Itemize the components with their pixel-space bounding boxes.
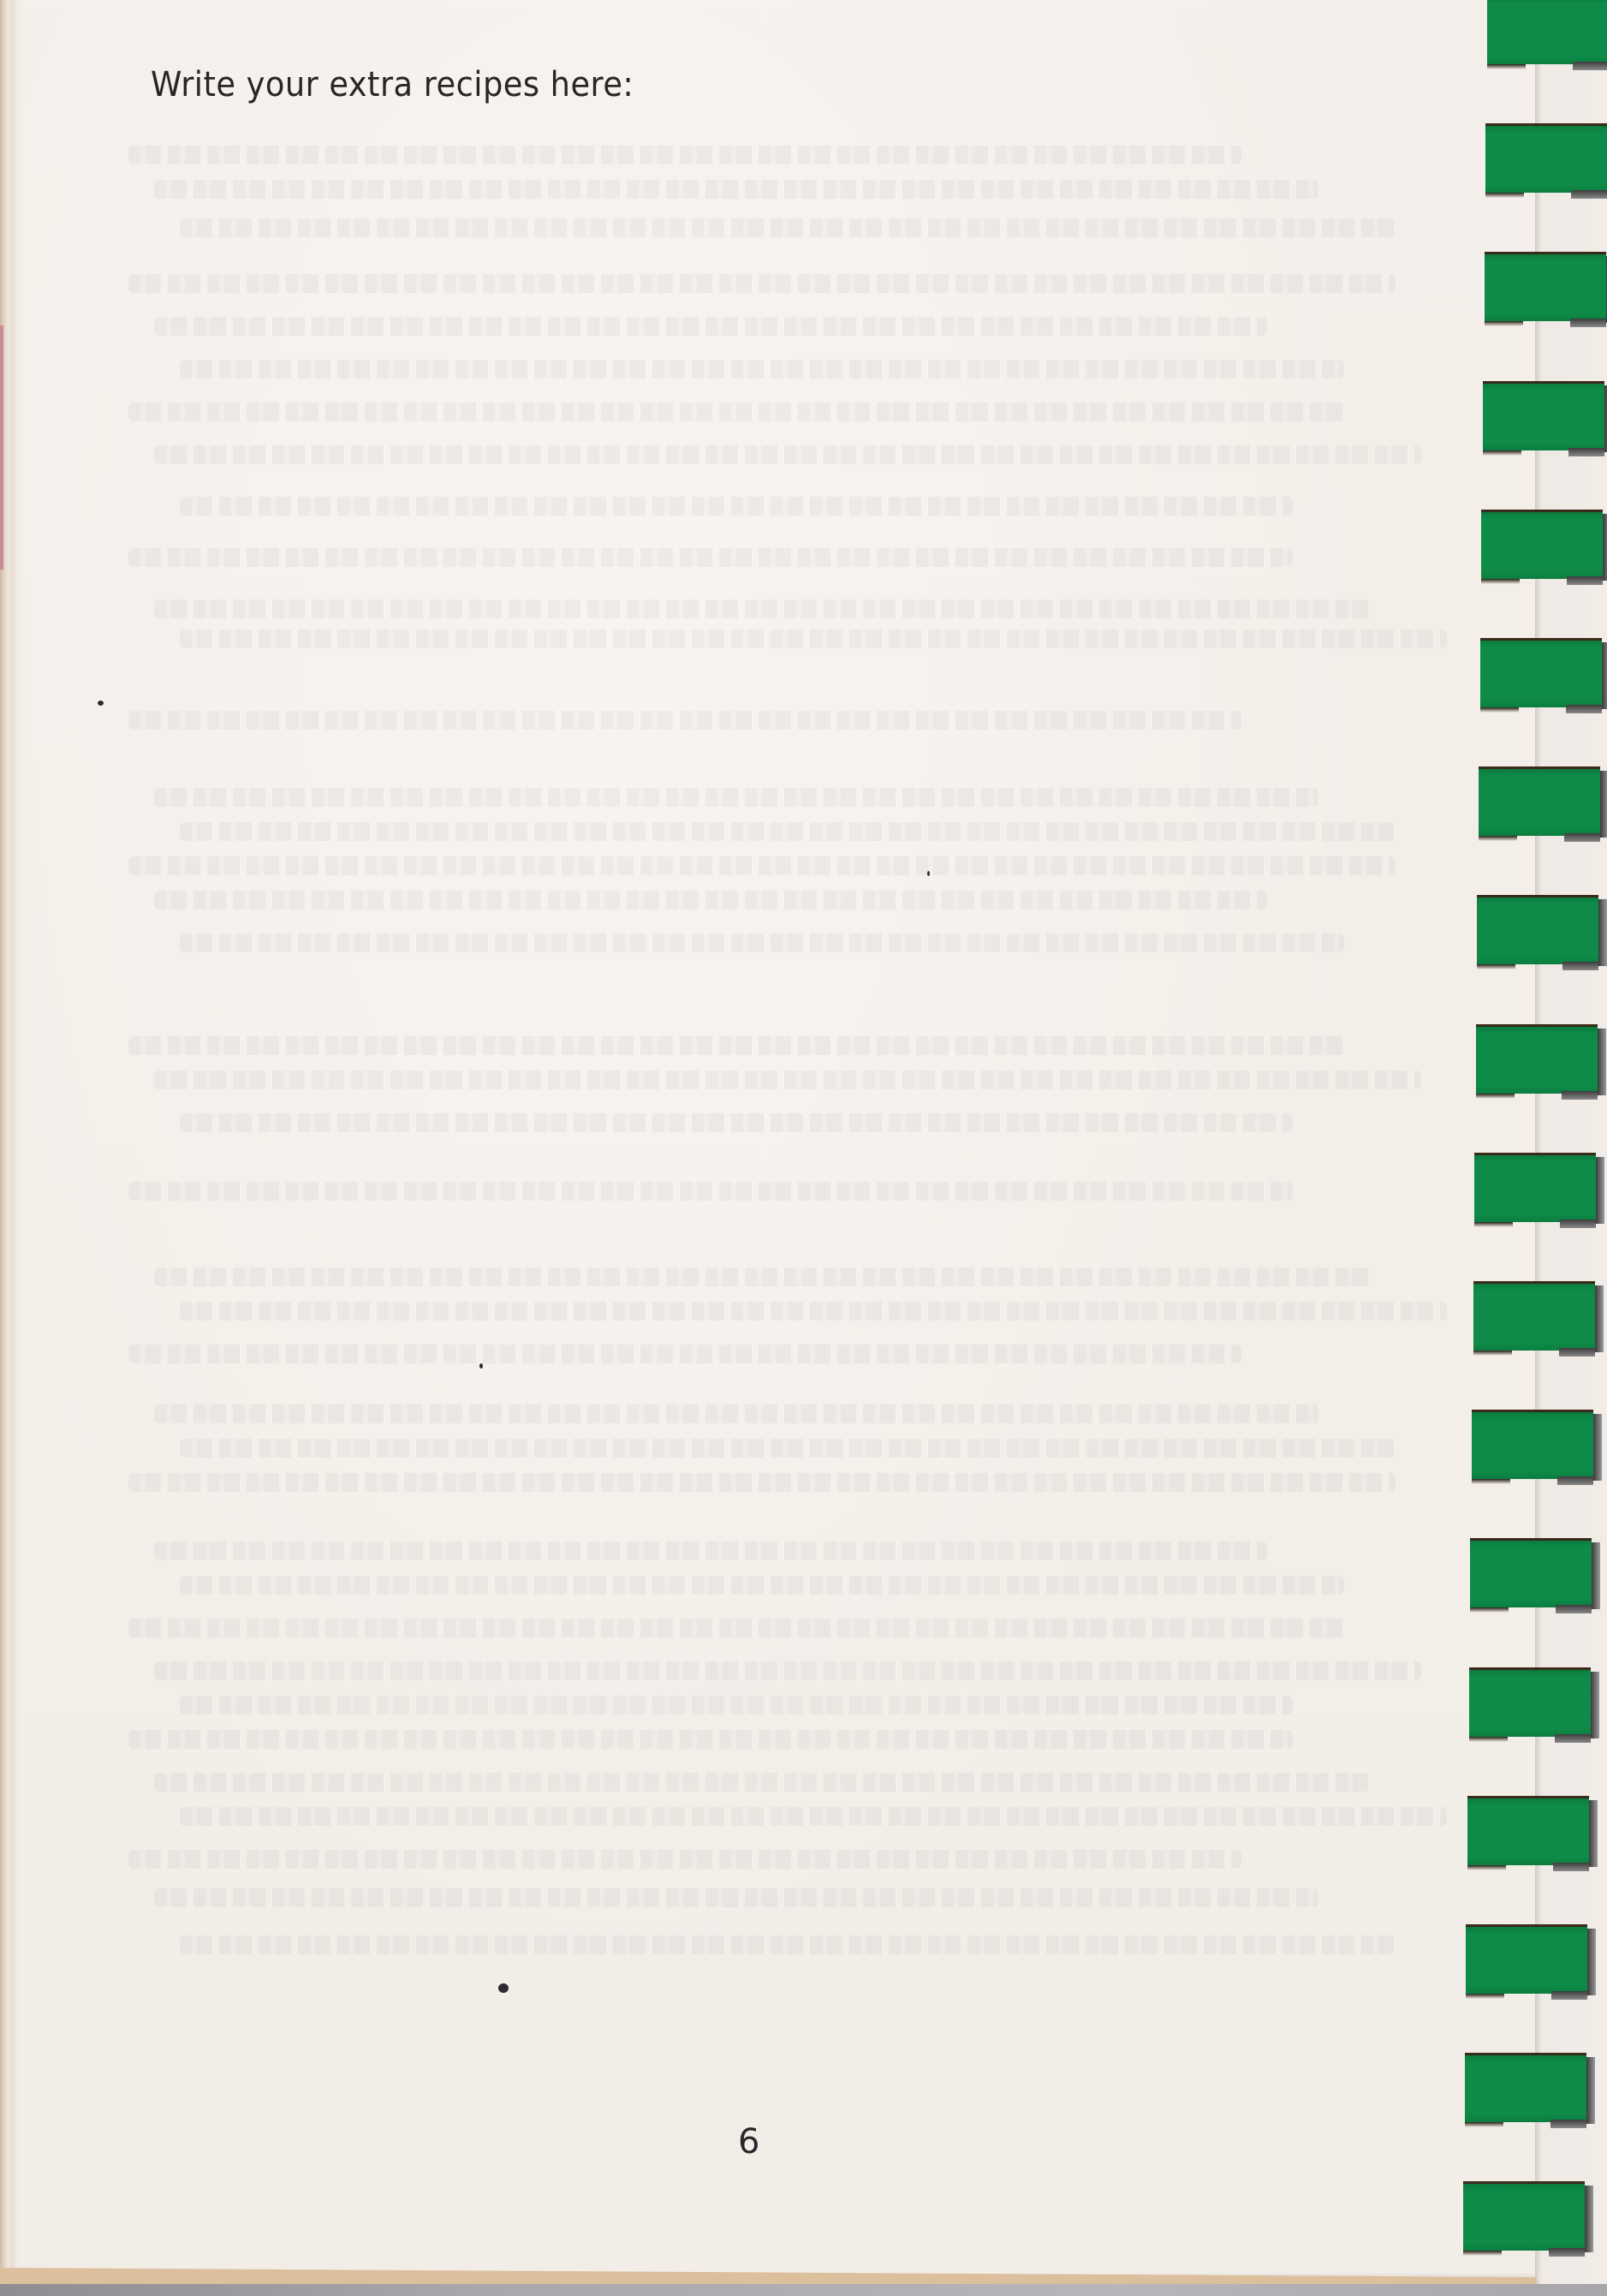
cookbook-page: Write your extra recipes here: 6 [0,0,1541,2274]
page-heading: Write your extra recipes here: [151,65,634,104]
ghost-line [180,1302,1447,1321]
back-pages-edge [1537,0,1607,2285]
ghost-line [180,1576,1344,1595]
ghost-line [180,218,1396,237]
ghost-line [154,317,1267,336]
ghost-line [180,1807,1447,1826]
ghost-line [154,1773,1370,1792]
ghost-line [154,1404,1318,1423]
ghost-line [154,445,1421,464]
ghost-line [180,1696,1293,1715]
ghost-line [154,599,1370,618]
ghost-line [154,1661,1421,1680]
ghost-line [154,1070,1421,1089]
page-number: 6 [738,2122,759,2162]
ghost-line [180,1439,1396,1458]
ghost-line [154,891,1267,909]
ghost-line [128,1473,1396,1492]
scanner-background [0,2284,1607,2296]
ink-speck [479,1363,483,1369]
ghost-line [128,711,1241,730]
ghost-line [154,180,1318,199]
ghost-line [128,856,1396,875]
ghost-line [128,1182,1293,1201]
ghost-line [154,788,1318,807]
ghost-line [180,629,1447,648]
ghost-line [180,1935,1396,1954]
ghost-line [180,360,1344,379]
ghost-line [180,822,1396,841]
ghost-line [180,497,1293,516]
ghost-line [154,1542,1267,1560]
cover-edge-strip [0,325,3,570]
ghost-line [128,548,1293,567]
ghost-line [180,933,1344,952]
ghost-line [154,1888,1318,1907]
ghost-line [128,1619,1344,1637]
ink-speck [98,701,104,706]
ghost-line [180,1113,1293,1132]
ghost-line [128,274,1396,293]
ghost-line [128,1345,1241,1363]
ghost-line [128,1036,1344,1055]
ghost-line [128,1850,1241,1869]
ghost-line [128,1730,1293,1749]
ghost-line [128,403,1344,421]
ghost-line [154,1267,1370,1286]
ink-speck [927,871,930,876]
page-edge-line [1535,0,1537,2285]
ghost-line [128,146,1241,164]
ink-speck [498,1983,509,1993]
